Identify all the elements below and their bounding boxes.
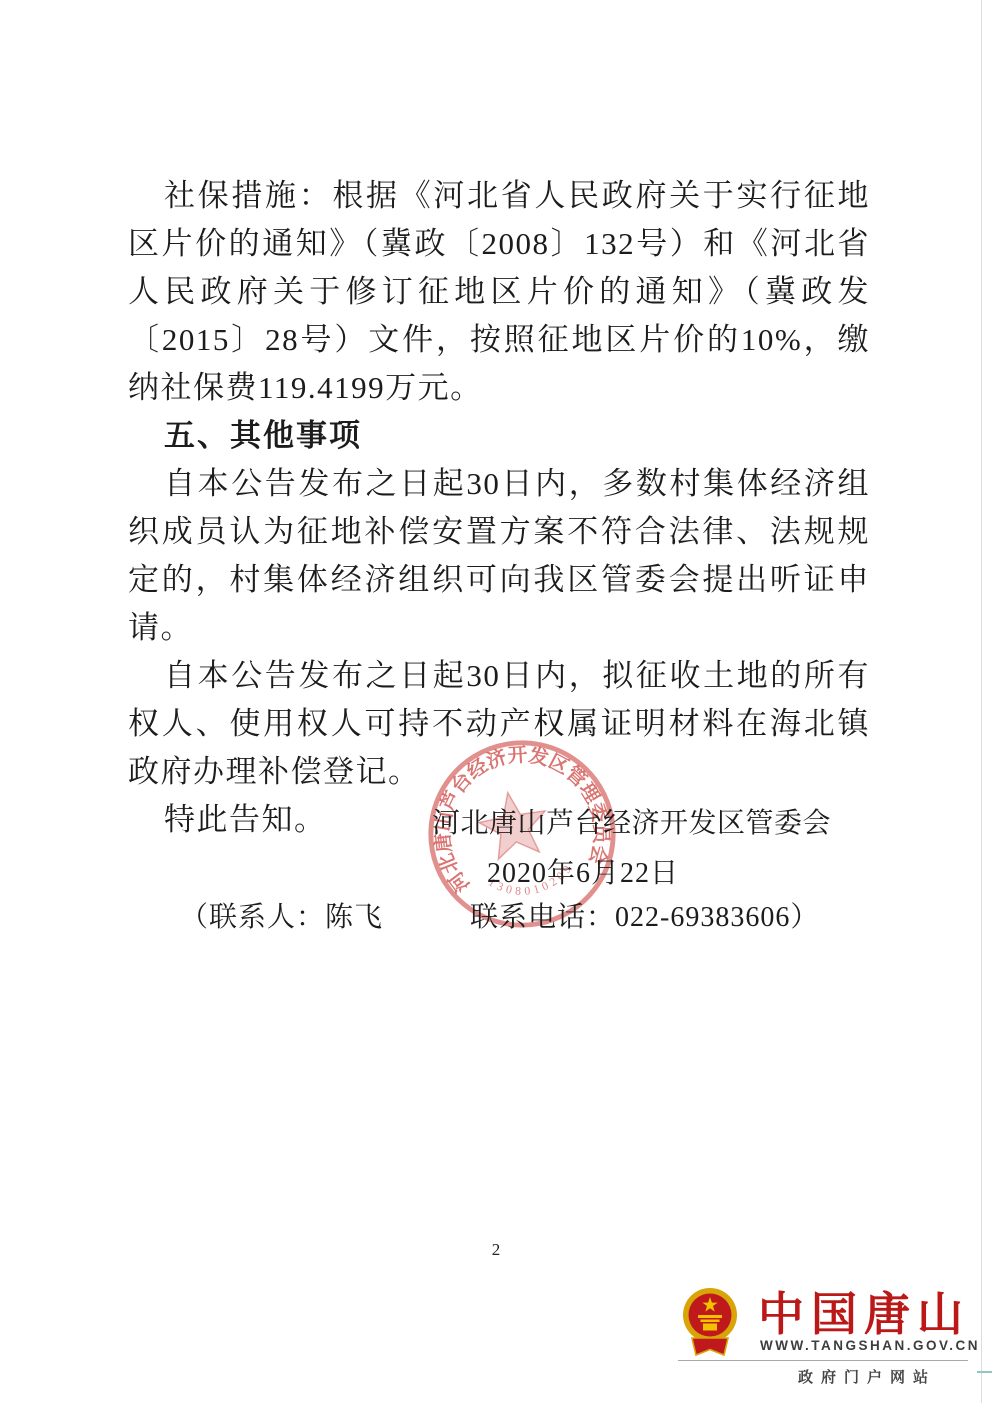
prc-national-emblem-icon — [680, 1286, 740, 1358]
contact-info-line: （联系人：陈飞 联系电话：022-69383606） — [180, 895, 819, 935]
scan-page-edge-line — [981, 0, 982, 1403]
document-body: 社保措施：根据《河北省人民政府关于实行征地区片价的通知》（冀政〔2008〕132… — [128, 172, 870, 844]
paragraph-social-security: 社保措施：根据《河北省人民政府关于实行征地区片价的通知》（冀政〔2008〕132… — [128, 172, 870, 412]
page-number: 2 — [0, 1240, 992, 1260]
paragraph-hearing-request: 自本公告发布之日起30日内，多数村集体经济组织成员认为征地补偿安置方案不符合法律… — [128, 460, 870, 652]
signature-organization: 河北唐山芦台经济开发区管委会 — [432, 801, 831, 841]
paragraph-compensation-registration: 自本公告发布之日起30日内，拟征收土地的所有权人、使用权人可持不动产权属证明材料… — [128, 652, 870, 796]
footer-website-url: WWW.TANGSHAN.GOV.CN — [760, 1338, 980, 1353]
section-heading-other-matters: 五、其他事项 — [128, 412, 870, 460]
footer-brand-name: 中国唐山 — [758, 1278, 970, 1344]
footer-tagline: 政府门户网站 — [798, 1366, 936, 1387]
footer-divider — [678, 1360, 968, 1361]
footer-portal-logo: 中国唐山 WWW.TANGSHAN.GOV.CN 政府门户网站 — [678, 1278, 970, 1388]
scan-teal-mark — [977, 1371, 992, 1373]
document-page: 社保措施：根据《河北省人民政府关于实行征地区片价的通知》（冀政〔2008〕132… — [0, 0, 992, 1403]
signature-date: 2020年6月22日 — [487, 851, 679, 891]
